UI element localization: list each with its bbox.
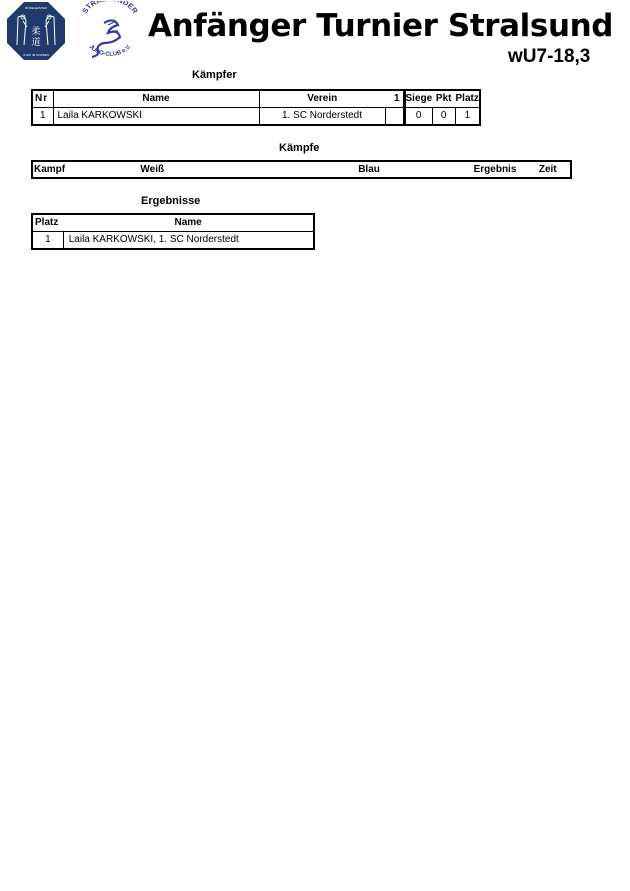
fighter-points: 0 bbox=[432, 108, 455, 126]
fighter-name: Laila KARKOWSKI bbox=[53, 108, 259, 126]
svg-text:BÖSEGEISTER: BÖSEGEISTER bbox=[25, 6, 47, 10]
fighters-header-row: Nr Name Verein 1 Siege Pkt Platz bbox=[32, 90, 480, 108]
judo-club-logo-left: BÖSEGEISTER 柔 道 JUDO IM NORDEN bbox=[6, 1, 66, 61]
fighter-place: 1 bbox=[455, 108, 480, 126]
fights-table: Kampf Weiß Blau Ergebnis Zeit bbox=[31, 160, 572, 179]
col-result: Ergebnis bbox=[474, 161, 539, 178]
col-wins: Siege bbox=[404, 90, 432, 108]
col-name: Name bbox=[53, 90, 259, 108]
col-points: Pkt bbox=[432, 90, 455, 108]
col-fight: Kampf bbox=[32, 161, 140, 178]
col-white: Weiß bbox=[140, 161, 358, 178]
fighters-section-title: Kämpfer bbox=[192, 68, 237, 82]
table-row: 1 Laila KARKOWSKI 1. SC Norderstedt 0 0 … bbox=[32, 108, 480, 126]
col-club: Verein bbox=[259, 90, 385, 108]
weight-category: wU7-18,3 bbox=[508, 45, 590, 69]
results-header-row: Platz Name bbox=[32, 214, 314, 232]
judo-bowing-icon: BÖSEGEISTER 柔 道 JUDO IM NORDEN bbox=[6, 1, 66, 61]
tournament-title: Anfänger Turnier Stralsund bbox=[148, 4, 613, 48]
fighter-nr: 1 bbox=[32, 108, 53, 126]
fighters-table: Nr Name Verein 1 Siege Pkt Platz 1 Laila… bbox=[31, 89, 481, 126]
dragon-icon: STRALSUNDER JUDO-CLUB e.V. bbox=[78, 1, 142, 63]
fighter-club: 1. SC Norderstedt bbox=[259, 108, 385, 126]
results-table: Platz Name 1 Laila KARKOWSKI, 1. SC Nord… bbox=[31, 213, 315, 250]
stralsunder-judo-club-logo: STRALSUNDER JUDO-CLUB e.V. bbox=[78, 1, 142, 63]
col-place: Platz bbox=[455, 90, 480, 108]
col-result-name: Name bbox=[63, 214, 314, 232]
results-section-title: Ergebnisse bbox=[141, 194, 200, 208]
table-row: 1 Laila KARKOWSKI, 1. SC Norderstedt bbox=[32, 232, 314, 250]
col-nr: Nr bbox=[32, 90, 53, 108]
fighter-wins: 0 bbox=[404, 108, 432, 126]
fighter-round-1 bbox=[385, 108, 404, 126]
col-time: Zeit bbox=[539, 161, 571, 178]
svg-text:JUDO IM NORDEN: JUDO IM NORDEN bbox=[23, 53, 49, 57]
col-result-place: Platz bbox=[32, 214, 63, 232]
fights-section-title: Kämpfe bbox=[279, 141, 319, 155]
svg-text:道: 道 bbox=[31, 36, 40, 48]
col-round-1: 1 bbox=[385, 90, 404, 108]
svg-text:柔: 柔 bbox=[31, 26, 40, 37]
result-place: 1 bbox=[32, 232, 63, 250]
svg-text:STRALSUNDER: STRALSUNDER bbox=[80, 1, 140, 16]
result-name: Laila KARKOWSKI, 1. SC Norderstedt bbox=[63, 232, 314, 250]
fights-header-row: Kampf Weiß Blau Ergebnis Zeit bbox=[32, 161, 571, 178]
col-blue: Blau bbox=[358, 161, 473, 178]
